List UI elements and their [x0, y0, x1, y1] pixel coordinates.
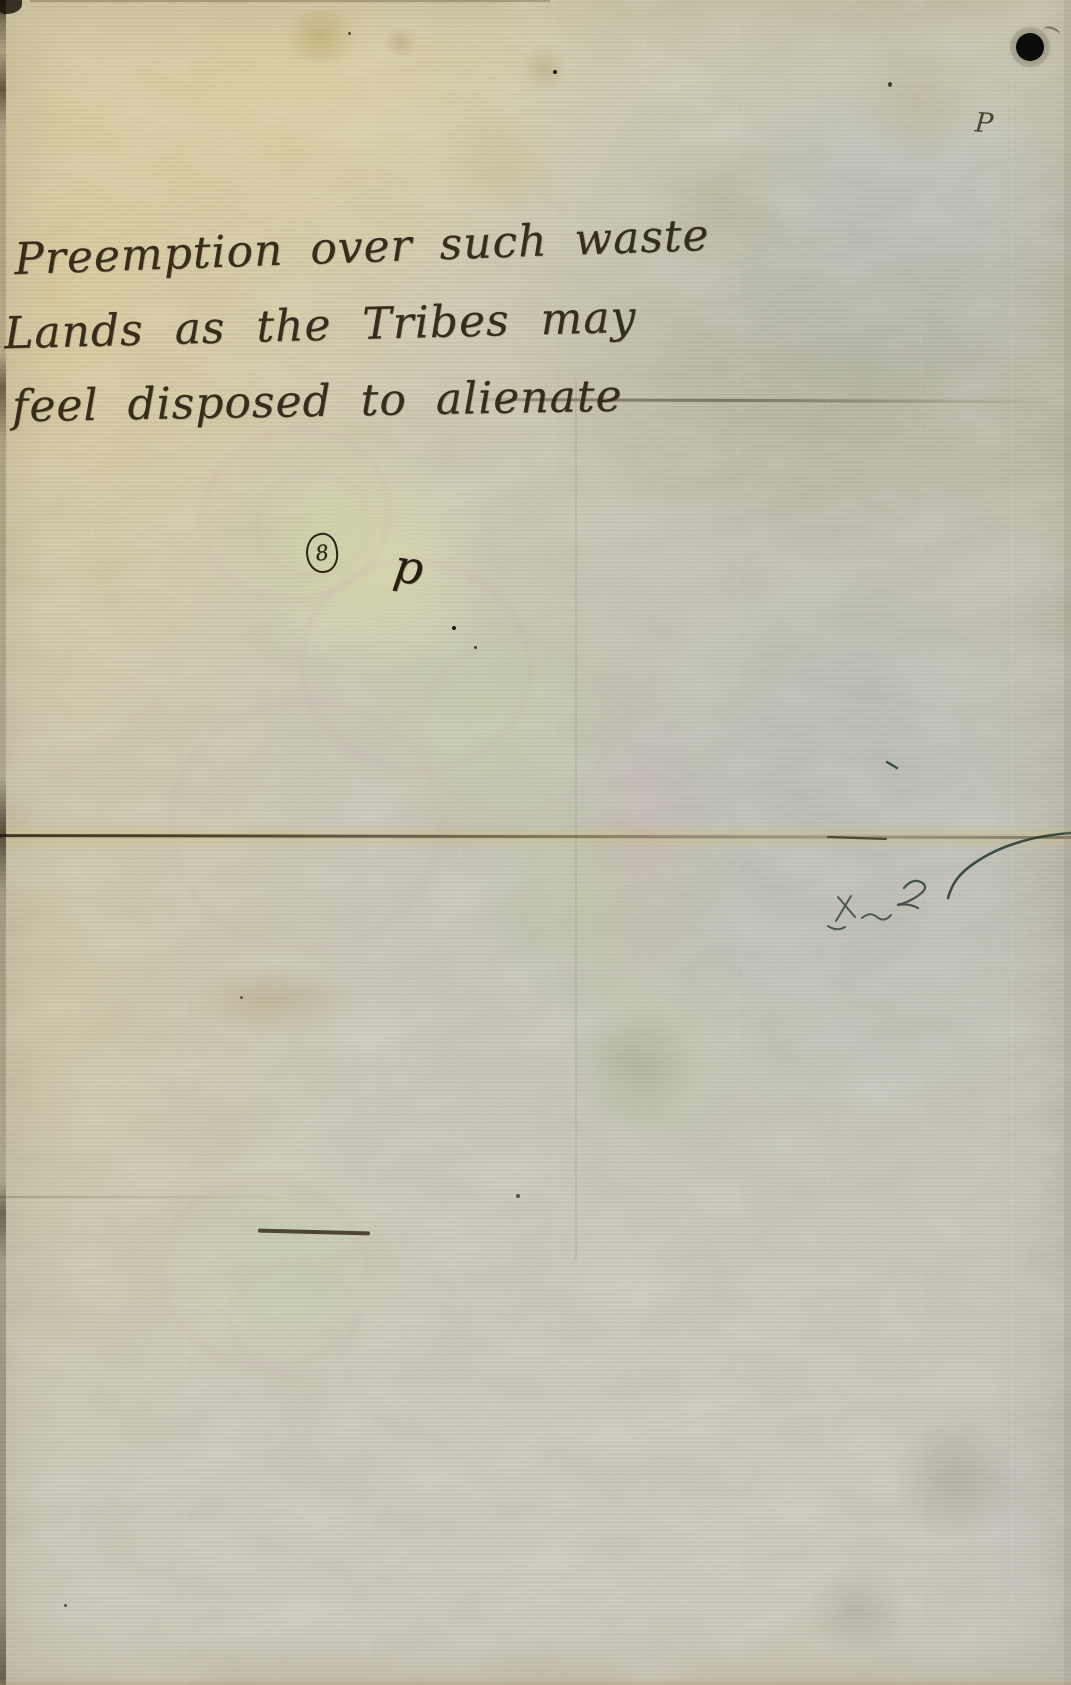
handwriting-line-2: Lands as the Tribes may: [3, 292, 637, 360]
paper-stain: [180, 965, 365, 1037]
corner-letter-mark: P: [974, 107, 994, 139]
handwriting-line-1: Preemption over such waste: [13, 210, 710, 285]
page-edge-bottom: [0, 1678, 1071, 1685]
paper-stain: [518, 48, 570, 90]
punch-hole: [1016, 33, 1044, 61]
paper-stain: [880, 1425, 1035, 1537]
manuscript-scan: Preemption over such waste Lands as the …: [0, 0, 1071, 1685]
paper-stain: [575, 1000, 700, 1135]
ink-speck: [888, 82, 892, 87]
ink-speck: [240, 996, 243, 999]
paper-stain: [380, 28, 422, 56]
circled-number-mark: 8: [303, 531, 340, 575]
page-edge-left: [0, 0, 6, 1685]
ink-speck: [553, 70, 557, 74]
fold-crease-lower: [0, 1196, 300, 1198]
paper-stain: [420, 118, 585, 213]
paper-stain: [275, 10, 367, 62]
ink-speck: [348, 32, 351, 35]
ink-speck: [516, 1194, 520, 1198]
paper-stain: [845, 38, 990, 163]
fold-crease-vertical: [575, 380, 577, 1260]
handwriting-line-3: feel disposed to alienate: [12, 371, 623, 433]
ink-scribble: [700, 750, 1071, 960]
ink-speck: [64, 1604, 67, 1607]
page-letter-mark: p: [390, 538, 427, 596]
paper-stain: [800, 1565, 912, 1657]
ink-speck: [474, 646, 477, 649]
page-edge-right: [1064, 0, 1071, 1685]
ink-speck: [452, 626, 456, 630]
page-edge-top: [30, 0, 550, 2]
ink-dash: [258, 1229, 370, 1235]
page-corner-chip: [0, 0, 22, 14]
